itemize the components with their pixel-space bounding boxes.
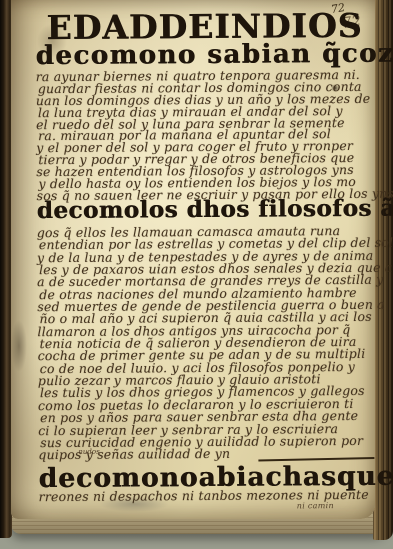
photo-background: 72 72 EDADDEINDIOS decomono sabian q̃coz… [0, 0, 393, 549]
manuscript-text-block: EDADDEINDIOS decomono sabian q̃coza e ra… [35, 0, 377, 520]
paragraph-calendar: ra ayunar biernes ni quatro tenpora guar… [36, 69, 375, 202]
paragraph-philosophers: gos q̃ ellos les llamauan camasca amauta… [37, 225, 377, 462]
interlinear-gloss: nudos [78, 448, 99, 456]
manuscript-page: 72 72 EDADDEINDIOS decomono sabian q̃coz… [11, 0, 375, 519]
heading-philosophers: decomolos dhos filosofos ãti [37, 197, 375, 223]
catchword: ni camin [297, 501, 334, 510]
paper-stain [11, 320, 27, 372]
page-subtitle: decomono sabian q̃coza e [35, 41, 373, 70]
